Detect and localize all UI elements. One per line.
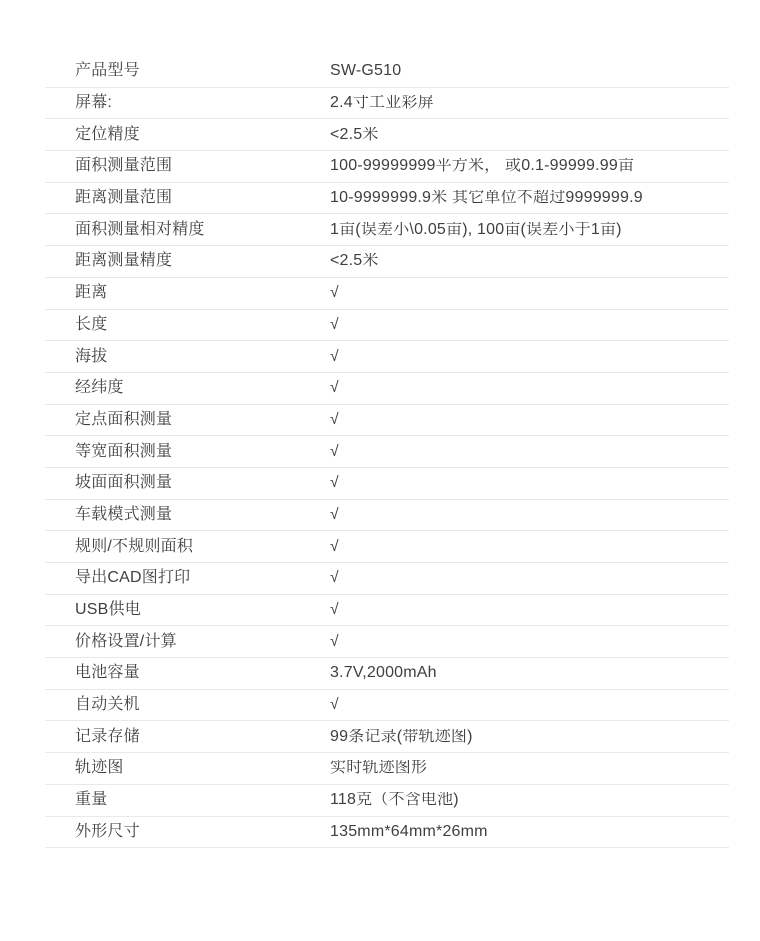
spec-value: √ [330,380,729,396]
spec-row: 重量 118克（不含电池) [45,785,729,817]
spec-value: √ [330,412,729,428]
spec-row: 定位精度 <2.5米 [45,119,729,151]
spec-label: 距离测量范围 [45,190,330,206]
spec-value: 2.4寸工业彩屏 [330,95,729,111]
spec-label: 等宽面积测量 [45,444,330,460]
spec-row: 定点面积测量 √ [45,405,729,437]
spec-label: 坡面面积测量 [45,475,330,491]
spec-row: 距离测量范围 10-9999999.9米 其它单位不超过9999999.9 [45,183,729,215]
spec-row: 电池容量 3.7V,2000mAh [45,658,729,690]
spec-value: √ [330,349,729,365]
spec-label: 定位精度 [45,127,330,143]
spec-label: 记录存储 [45,729,330,745]
spec-row: 自动关机 √ [45,690,729,722]
spec-label: 定点面积测量 [45,412,330,428]
spec-label: 自动关机 [45,697,330,713]
spec-row: 距离测量精度 <2.5米 [45,246,729,278]
spec-table: 产品型号 SW-G510 屏幕: 2.4寸工业彩屏 定位精度 <2.5米 面积测… [45,56,729,848]
spec-value: √ [330,539,729,555]
spec-value: <2.5米 [330,253,729,269]
spec-value: √ [330,475,729,491]
spec-label: USB供电 [45,602,330,618]
spec-row: 轨迹图 实时轨迹图形 [45,753,729,785]
spec-row: 车载模式测量 √ [45,500,729,532]
spec-value: 135mm*64mm*26mm [330,824,729,840]
spec-value: √ [330,634,729,650]
spec-label: 面积测量范围 [45,158,330,174]
spec-label: 长度 [45,317,330,333]
spec-value: √ [330,570,729,586]
spec-label: 屏幕: [45,95,330,111]
spec-label: 海拔 [45,349,330,365]
spec-label: 距离 [45,285,330,301]
spec-row: 价格设置/计算 √ [45,626,729,658]
spec-row: 外形尺寸 135mm*64mm*26mm [45,817,729,849]
spec-row: 等宽面积测量 √ [45,436,729,468]
spec-label: 电池容量 [45,665,330,681]
spec-value: <2.5米 [330,127,729,143]
spec-row: 导出CAD图打印 √ [45,563,729,595]
spec-label: 导出CAD图打印 [45,570,330,586]
spec-row: 屏幕: 2.4寸工业彩屏 [45,88,729,120]
spec-value: √ [330,317,729,333]
spec-value: 3.7V,2000mAh [330,665,729,681]
spec-label: 规则/不规则面积 [45,539,330,555]
spec-value: SW-G510 [330,63,729,79]
spec-label: 价格设置/计算 [45,634,330,650]
spec-row: 经纬度 √ [45,373,729,405]
spec-value: 99条记录(带轨迹图) [330,729,729,745]
spec-value: 1亩(误差小\0.05亩), 100亩(误差小于1亩) [330,222,729,238]
spec-label: 重量 [45,792,330,808]
spec-row: 坡面面积测量 √ [45,468,729,500]
spec-row: 记录存储 99条记录(带轨迹图) [45,721,729,753]
spec-row: 规则/不规则面积 √ [45,531,729,563]
spec-row: 面积测量相对精度 1亩(误差小\0.05亩), 100亩(误差小于1亩) [45,214,729,246]
spec-row: 长度 √ [45,310,729,342]
spec-label: 产品型号 [45,63,330,79]
spec-row: 产品型号 SW-G510 [45,56,729,88]
spec-row: USB供电 √ [45,595,729,627]
spec-row: 面积测量范围 100-99999999平方米， 或0.1-99999.99亩 [45,151,729,183]
spec-value: √ [330,602,729,618]
spec-value: 实时轨迹图形 [330,760,729,776]
spec-value: 118克（不含电池) [330,792,729,808]
spec-label: 车载模式测量 [45,507,330,523]
spec-value: √ [330,285,729,301]
spec-label: 轨迹图 [45,760,330,776]
spec-value: 100-99999999平方米， 或0.1-99999.99亩 [330,158,729,174]
spec-label: 经纬度 [45,380,330,396]
spec-value: √ [330,697,729,713]
spec-label: 距离测量精度 [45,253,330,269]
spec-row: 海拔 √ [45,341,729,373]
spec-label: 面积测量相对精度 [45,222,330,238]
spec-label: 外形尺寸 [45,824,330,840]
spec-value: √ [330,507,729,523]
spec-value: 10-9999999.9米 其它单位不超过9999999.9 [330,190,729,206]
spec-row: 距离 √ [45,278,729,310]
spec-value: √ [330,444,729,460]
